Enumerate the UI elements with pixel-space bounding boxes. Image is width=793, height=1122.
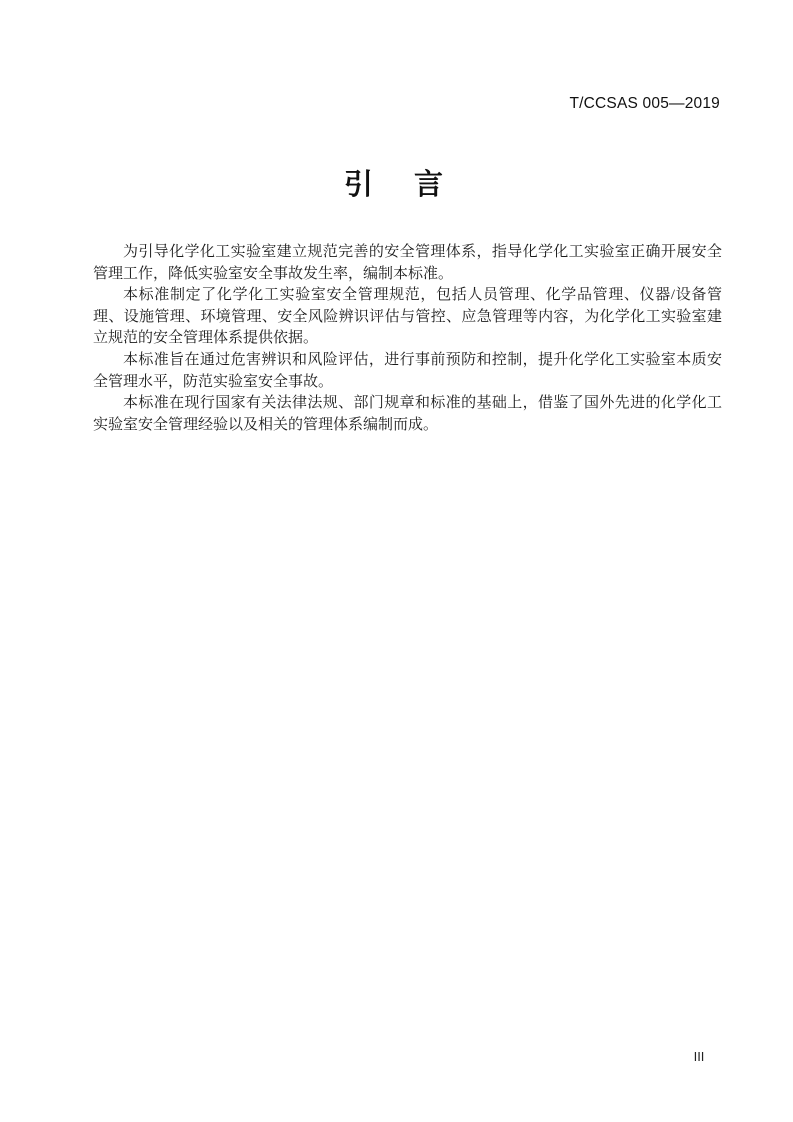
document-footer: III: [649, 1049, 749, 1064]
paragraph-intro-purpose: 为引导化学化工实验室建立规范完善的安全管理体系，指导化学化工实验室正确开展安全管…: [93, 242, 722, 285]
page-number: III: [694, 1049, 705, 1064]
document-code: T/CCSAS 005—2019: [569, 95, 720, 112]
paragraph-scope: 本标准制定了化学化工实验室安全管理规范，包括人员管理、化学品管理、仪器/设备管理…: [93, 285, 722, 350]
page-title: 引 言: [0, 162, 793, 203]
document-header: T/CCSAS 005—2019: [0, 95, 720, 113]
paragraph-basis: 本标准在现行国家有关法律法规、部门规章和标准的基础上，借鉴了国外先进的化学化工实…: [93, 393, 722, 436]
paragraph-aim: 本标准旨在通过危害辨识和风险评估，进行事前预防和控制，提升化学化工实验室本质安全…: [93, 350, 722, 393]
document-page: T/CCSAS 005—2019 引 言 为引导化学化工实验室建立规范完善的安全…: [0, 0, 793, 1122]
document-body: 为引导化学化工实验室建立规范完善的安全管理体系，指导化学化工实验室正确开展安全管…: [93, 242, 722, 436]
